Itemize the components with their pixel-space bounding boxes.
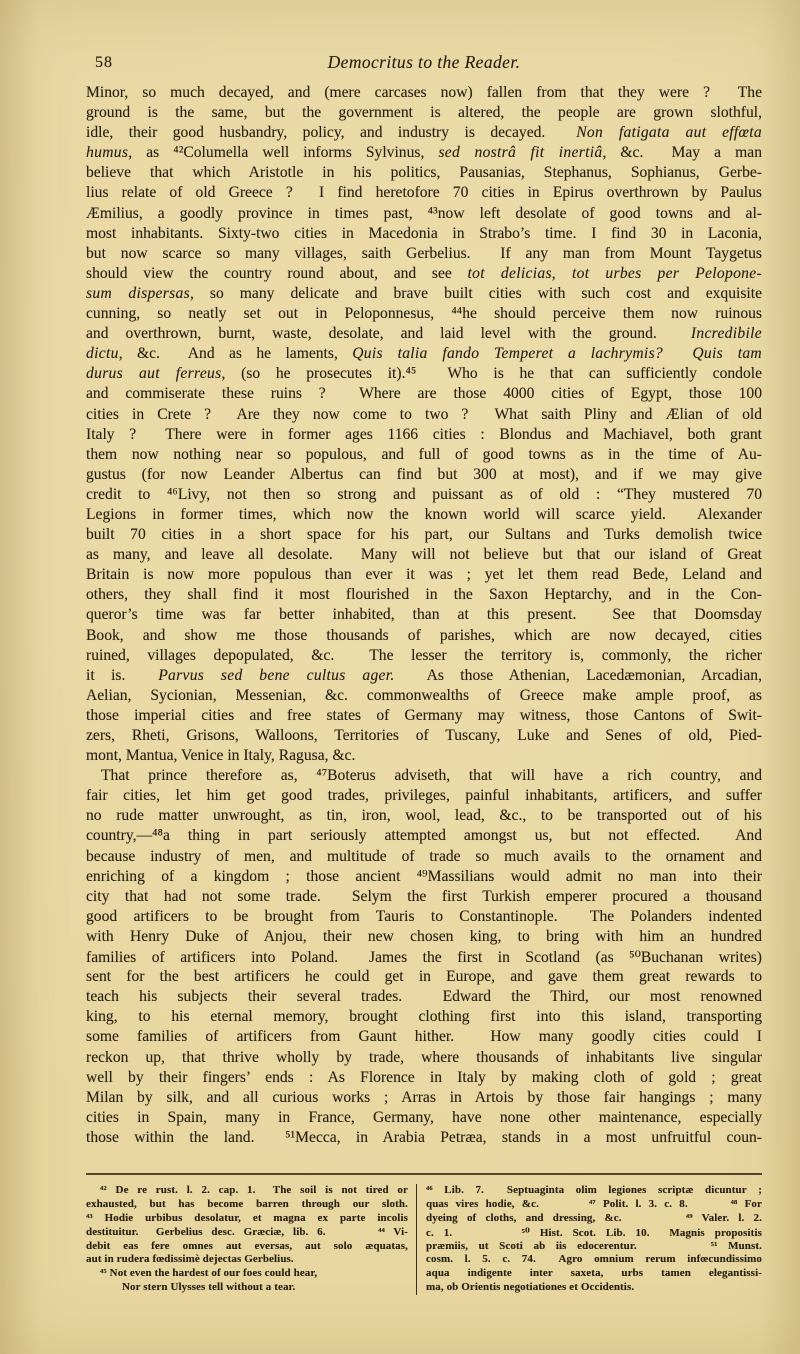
text-line: exhausted, but has become barren through… [86, 1198, 408, 1212]
text-line: debit eas fere omnes aut eversas, aut so… [86, 1240, 408, 1254]
text-line: no rude matter unwrought, as tin, iron, … [86, 807, 762, 827]
text-line: lius relate of old Greece ? I find heret… [86, 184, 762, 204]
text-line: cosm. l. 5. c. 74. Agro omnium rerum inf… [426, 1253, 762, 1267]
text-line: Britain is now more populous than ever i… [86, 566, 762, 586]
text-line: families of artificers into Poland. Jame… [86, 948, 762, 968]
text-line: enriching of a kingdom ; those ancient ⁴… [86, 868, 762, 888]
text-line: Book, and show me those thousands of par… [86, 627, 762, 647]
text-line: c. 1. ⁵⁰ Hist. Scot. Lib. 10. Magnis pro… [426, 1226, 762, 1240]
body-text: Minor, so much decayed, and (mere carcas… [86, 84, 762, 1149]
text-line: those within the land. ⁵¹Mecca, in Arabi… [86, 1129, 762, 1149]
text-line: gustus (for now Leander Albertus can fin… [86, 466, 762, 486]
text-line: but now scarce so many villages, saith G… [86, 245, 762, 265]
text-line: and commiserate these ruins ? Where are … [86, 385, 762, 405]
text-line: cunning, so neatly set out in Peloponnes… [86, 305, 762, 325]
text-line: That prince therefore as, ⁴⁷Boterus advi… [86, 767, 762, 787]
text-line: durus aut ferreus, (so he prosecutes it)… [86, 365, 762, 385]
text-line: credit to ⁴⁶Livy, not then so strong and… [86, 486, 762, 506]
footnotes-right-column: ⁴⁶ Lib. 7. Septuaginta olim legiones scr… [416, 1184, 762, 1295]
text-line: Milan by silk, and all curious works ; A… [86, 1089, 762, 1109]
text-line: well by their fingers’ ends : As Florenc… [86, 1069, 762, 1089]
text-line: because industry of men, and multitude o… [86, 848, 762, 868]
text-line: built 70 cities in a short space for his… [86, 526, 762, 546]
text-line: ruined, villages depopulated, &c. The le… [86, 647, 762, 667]
text-line: should view the country round about, and… [86, 265, 762, 285]
text-line: destituitur. Gerbelius desc. Græciæ, lib… [86, 1226, 408, 1240]
text-line: sum dispersas, so many delicate and brav… [86, 285, 762, 305]
text-line: ⁴² De re rust. l. 2. cap. 1. The soil is… [86, 1184, 408, 1198]
text-line: believe that which Aristotle in his poli… [86, 164, 762, 184]
page-number: 58 [95, 54, 113, 72]
text-line: præmiis, ut Scoti ab iis edocerentur. ⁵¹… [426, 1240, 762, 1254]
text-line: aqua indigente inter saxeta, urbs tamen … [426, 1267, 762, 1281]
footnote-rule [86, 1173, 762, 1175]
text-line: Minor, so much decayed, and (mere carcas… [86, 84, 762, 104]
text-line: ground is the same, but the government i… [86, 104, 762, 124]
text-line: dictu, &c. And as he laments, Quis talia… [86, 345, 762, 365]
text-line: city that had not some trade. Selym the … [86, 888, 762, 908]
book-page: 58 Democritus to the Reader. Minor, so m… [0, 0, 800, 1354]
text-line: cities in Spain, many in France, Germany… [86, 1109, 762, 1129]
text-line: aut in rudera fœdissimè dejectas Gerbeli… [86, 1253, 408, 1267]
text-line: good artificers to be brought from Tauri… [86, 908, 762, 928]
text-line: some families of artificers from Gaunt h… [86, 1028, 762, 1048]
text-line: idle, their good husbandry, policy, and … [86, 124, 762, 144]
page-header: 58 Democritus to the Reader. [86, 52, 762, 74]
text-line: Æmilius, a goodly province in times past… [86, 205, 762, 225]
text-line: ma, ob Orientis negotiationes et Occiden… [426, 1281, 762, 1295]
text-line: and overthrown, burnt, waste, desolate, … [86, 325, 762, 345]
text-line: country,—⁴⁸a thing in part seriously att… [86, 827, 762, 847]
footnotes: ⁴² De re rust. l. 2. cap. 1. The soil is… [86, 1184, 762, 1295]
text-line: Nor stern Ulysses tell without a tear. [86, 1281, 408, 1295]
text-line: king, to his eternal memory, brought clo… [86, 1008, 762, 1028]
footnotes-left-column: ⁴² De re rust. l. 2. cap. 1. The soil is… [86, 1184, 416, 1295]
text-line: quas vires hodie, &c. ⁴⁷ Polit. l. 3. c.… [426, 1198, 762, 1212]
running-title: Democritus to the Reader. [86, 52, 762, 73]
text-line: queror’s time was far better inhabited, … [86, 606, 762, 626]
paragraph: Minor, so much decayed, and (mere carcas… [86, 84, 762, 767]
text-line: sent for the best artificers he could ge… [86, 968, 762, 988]
text-line: humus, as ⁴²Columella well informs Sylvi… [86, 144, 762, 164]
text-line: ⁴⁵ Not even the hardest of our foes coul… [86, 1267, 408, 1281]
text-line: dyeing of cloths, and dressing, &c. ⁴⁹ V… [426, 1212, 762, 1226]
text-line: reckon up, that thrive wholly by trade, … [86, 1049, 762, 1069]
text-line: teach his subjects their several trades.… [86, 988, 762, 1008]
text-line: Aelian, Sycionian, Messenian, &c. common… [86, 687, 762, 707]
text-line: Legions in former times, which now the k… [86, 506, 762, 526]
text-line: as many, and leave all desolate. Many wi… [86, 546, 762, 566]
text-line: with Henry Duke of Anjou, their new chos… [86, 928, 762, 948]
text-line: Italy ? There were in former ages 1166 c… [86, 426, 762, 446]
text-line: others, they shall find it most flourish… [86, 586, 762, 606]
text-line: mont, Mantua, Venice in Italy, Ragusa, &… [86, 747, 762, 767]
text-line: those imperial cities and free states of… [86, 707, 762, 727]
text-line: it is. Parvus sed bene cultus ager. As t… [86, 667, 762, 687]
text-line: ⁴⁶ Lib. 7. Septuaginta olim legiones scr… [426, 1184, 762, 1198]
text-line: cities in Crete ? Are they now come to t… [86, 406, 762, 426]
text-line: them now nothing near so populous, and f… [86, 446, 762, 466]
text-line: fair cities, let him get good trades, pr… [86, 787, 762, 807]
text-line: most inhabitants. Sixty-two cities in Ma… [86, 225, 762, 245]
paragraph: That prince therefore as, ⁴⁷Boterus advi… [86, 767, 762, 1149]
text-line: zers, Rheti, Grisons, Walloons, Territor… [86, 727, 762, 747]
text-line: ⁴³ Hodie urbibus desolatur, et magna ex … [86, 1212, 408, 1226]
